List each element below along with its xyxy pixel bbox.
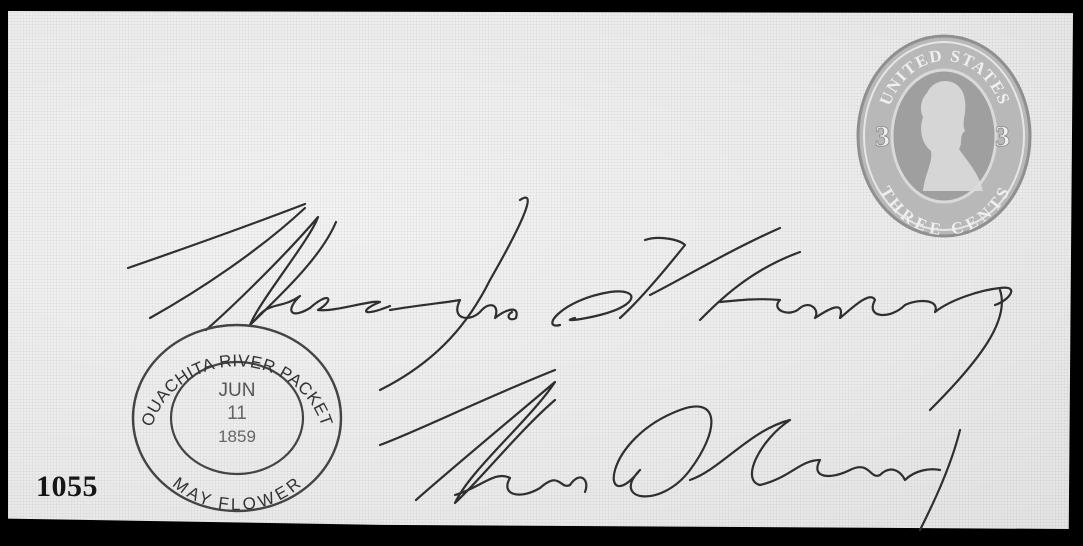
stamp-graphic: UNITED STATES THREE CENTS 3 3	[855, 33, 1033, 239]
stamp-denomination-left: 3	[875, 120, 890, 153]
postmark-graphic: OUACHITA RIVER PACKET MAY FLOWER JUN 11 …	[128, 318, 346, 514]
address-line-2: New Orleans	[0, 0, 1, 1]
postmark: OUACHITA RIVER PACKET MAY FLOWER JUN 11 …	[128, 318, 346, 514]
postmark-day: 11	[227, 403, 247, 424]
postmark-bottom-text: MAY FLOWER	[169, 473, 305, 514]
lot-number: 1055	[36, 470, 98, 504]
postmark-month: JUN	[219, 380, 256, 401]
postmark-year: 1859	[218, 427, 256, 446]
embossed-stamp: UNITED STATES THREE CENTS 3 3	[855, 33, 1033, 239]
address-line-1: Mess Jno T Hardie & Co	[0, 0, 1, 1]
svg-text:MAY FLOWER: MAY FLOWER	[169, 473, 305, 514]
stamp-denomination-right: 3	[995, 120, 1010, 153]
